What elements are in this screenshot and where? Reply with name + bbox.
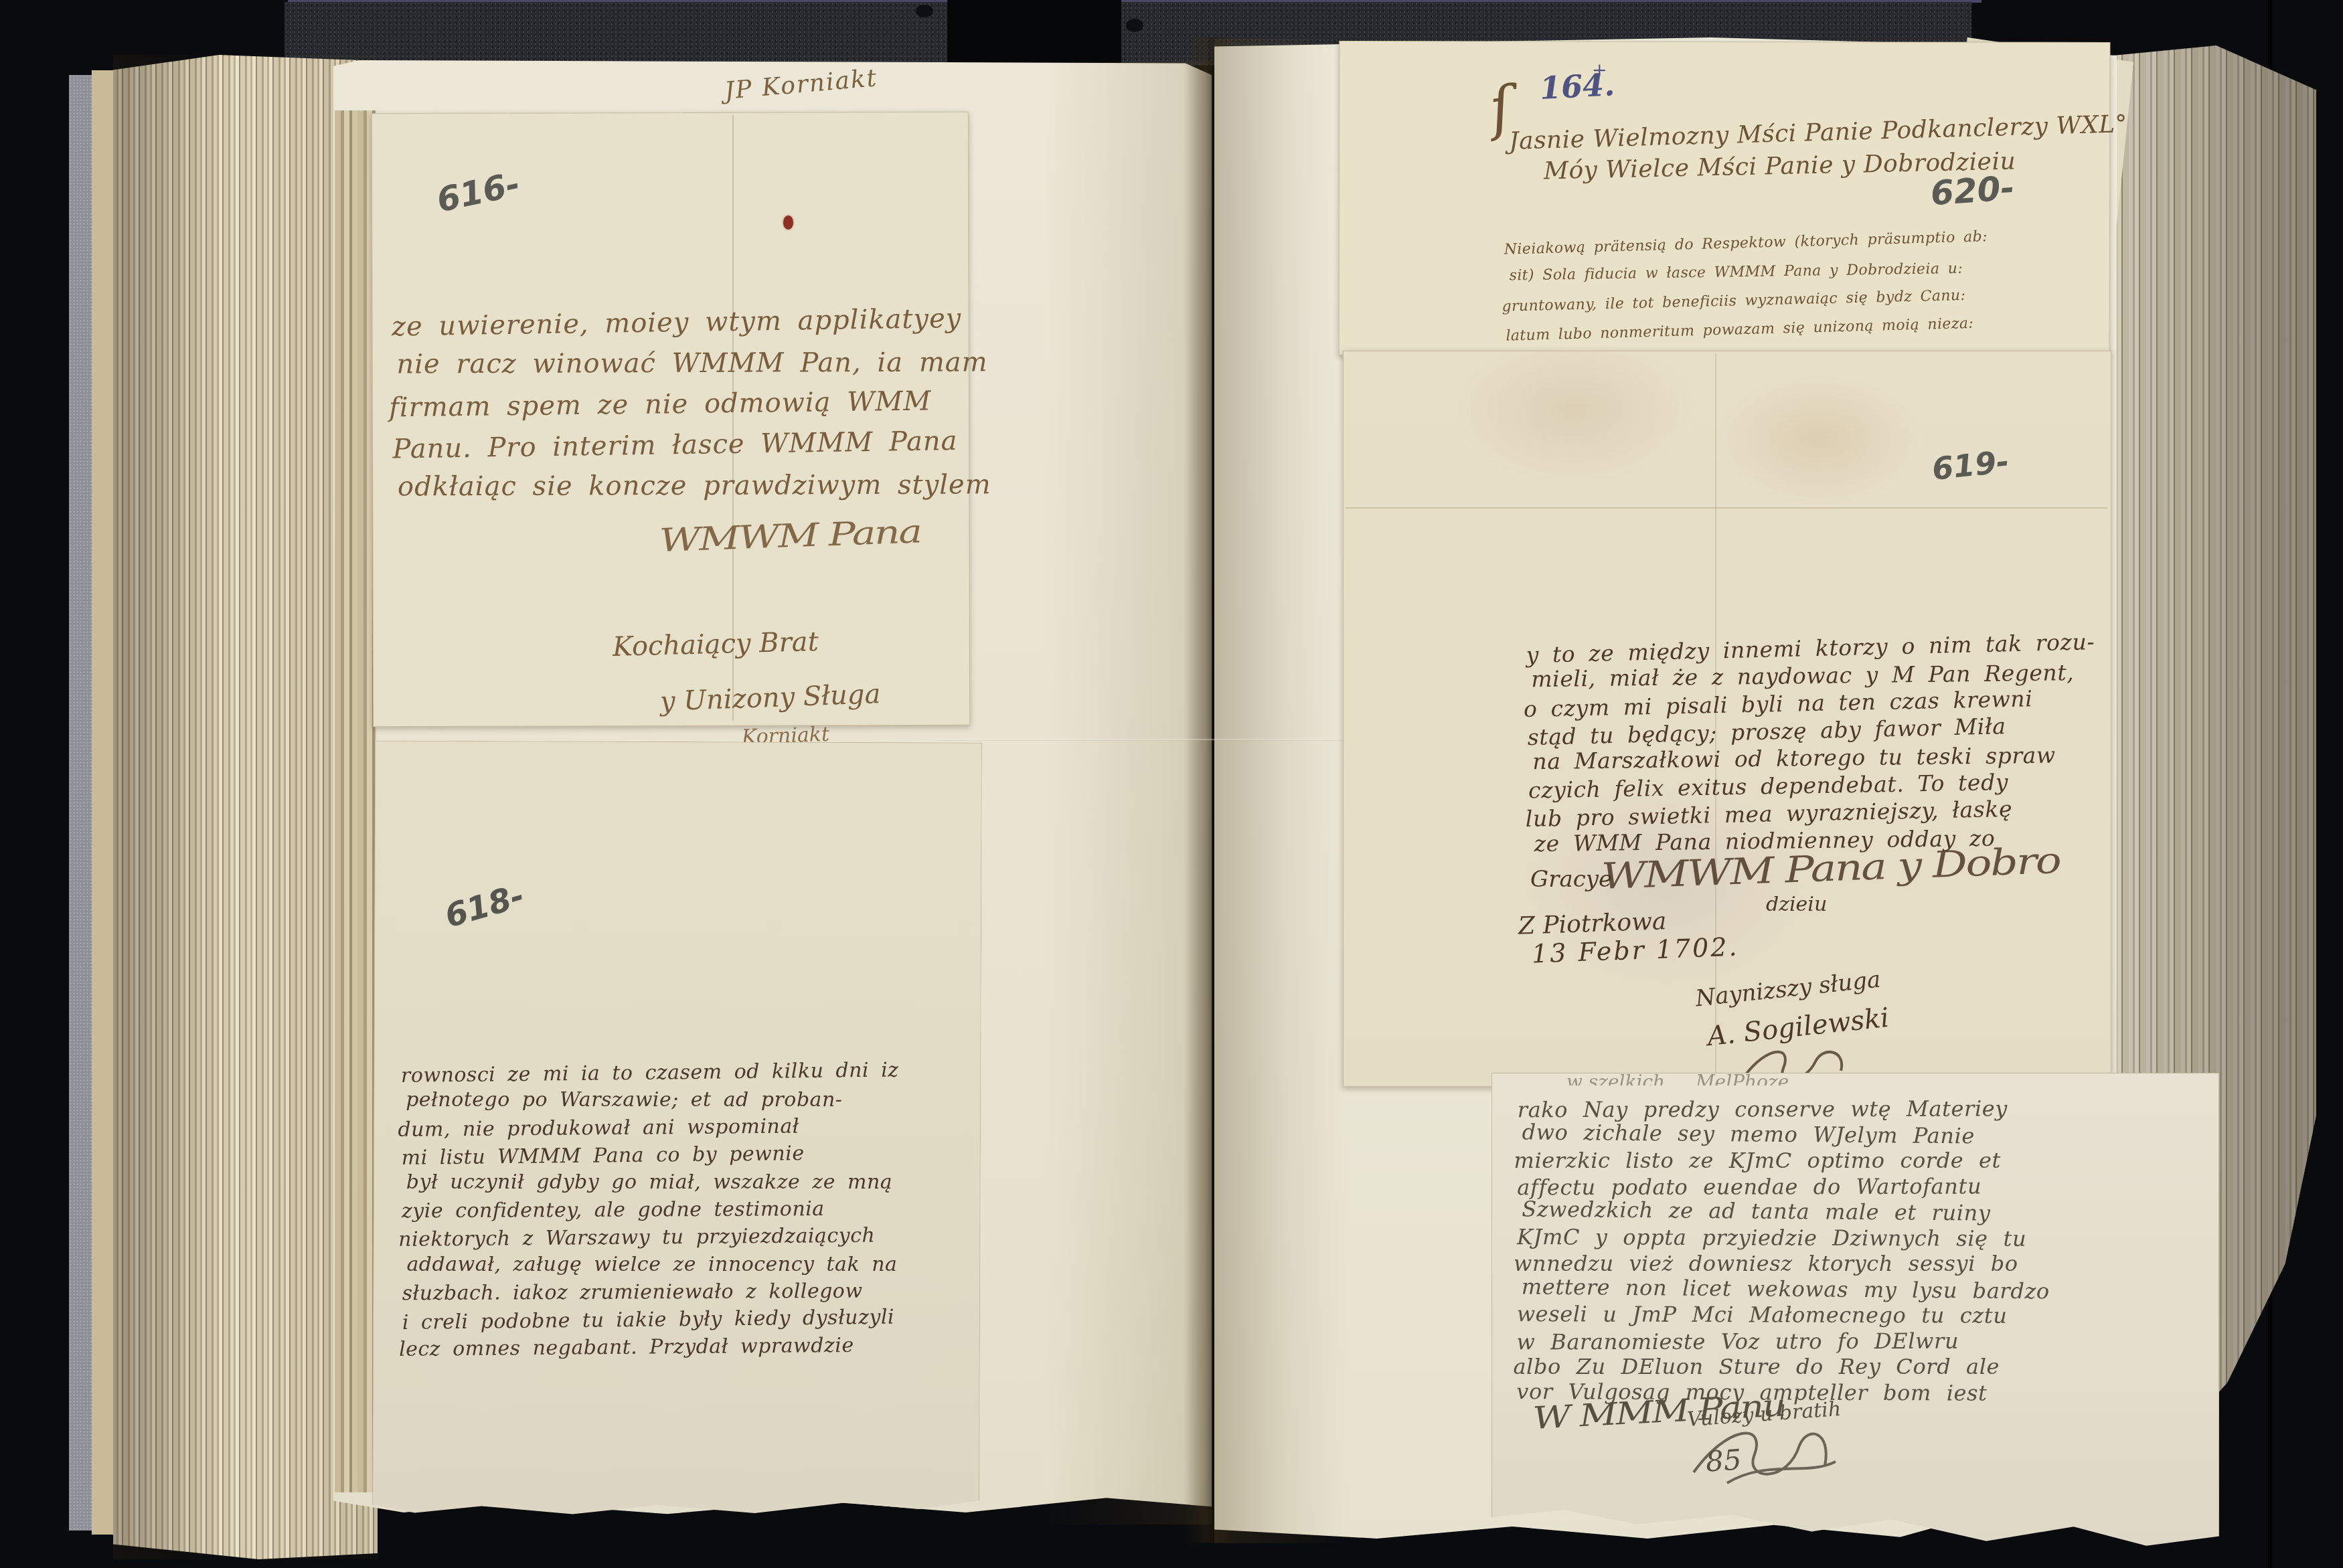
letter-bottom-body: rako Nay predzy conserve wtę Materieydwo… (1516, 1095, 2207, 1407)
letter-619-closing-word: Gracye (1530, 866, 1612, 893)
archive-number-mark: + (1592, 60, 1607, 81)
letter-616-closing-1: Kochaiący Brat (612, 626, 819, 663)
folio-number-620: 620- (1929, 169, 2016, 213)
spine-gap (947, 0, 1121, 66)
letter-bottom-seam-fragment: w szelkich … MelPhoze … (1566, 1071, 1813, 1085)
letter-620-body: Nieiakową prätensią do Respektow (ktoryc… (1504, 224, 1988, 349)
letter-618-body: rownosci ze mi ia to czasem od kilku dni… (401, 1057, 985, 1363)
letter-fold-edges (335, 110, 376, 1492)
letter-619-body: y to ze między innemi ktorzy o nim tak r… (1526, 630, 2105, 859)
letter-619-crease-h (1346, 507, 2107, 509)
cradle-hole-icon (1126, 19, 1143, 32)
cradle-hole-icon (916, 5, 933, 17)
letter-616-body: ze uwierenie, moiey wtym applikatyeynie … (392, 300, 976, 509)
right-page-gutter-shading (1214, 39, 1348, 1543)
cover-cloth-edge (69, 75, 92, 1531)
letter-619-closing-suffix: dzieiu (1766, 893, 1827, 916)
wax-stain (783, 215, 793, 230)
archival-photo: JP Korniakt 616- ze uwierenie, moiey wty… (0, 0, 2343, 1568)
letter-bottom-signature-number: 85 (1704, 1443, 1743, 1478)
cover-board-edge (92, 70, 113, 1535)
book-cradle-left (285, 2, 947, 66)
